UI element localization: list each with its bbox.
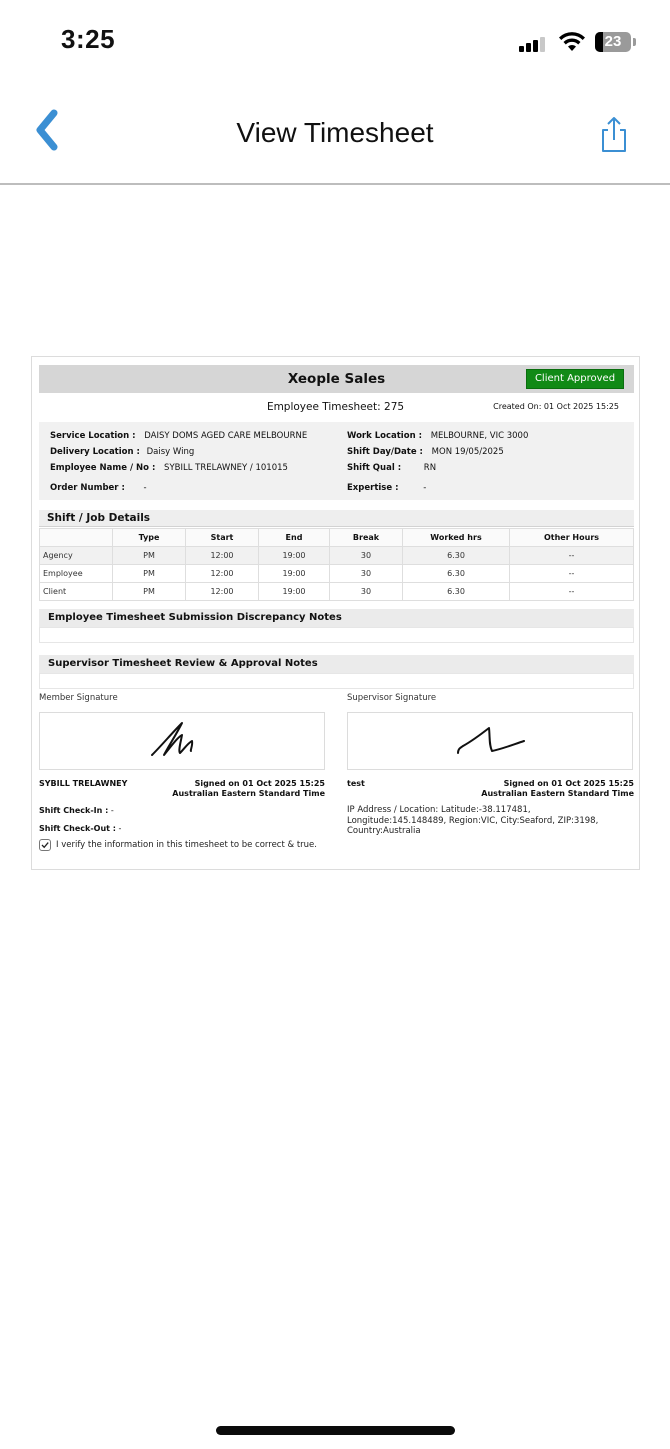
table-row: Employee PM 12:00 19:00 30 6.30 -- xyxy=(40,565,634,583)
shift-info-panel: Service Location : DAISY DOMS AGED CARE … xyxy=(39,422,634,500)
info-order-number: Order Number : - xyxy=(50,483,147,493)
review-notes-body xyxy=(39,673,634,689)
member-signature-name: SYBILL TRELAWNEY xyxy=(39,779,127,788)
battery-percent: 23 xyxy=(595,33,631,50)
info-shift-date: Shift Day/Date : MON 19/05/2025 xyxy=(347,447,504,457)
shift-table: Type Start End Break Worked hrs Other Ho… xyxy=(39,528,634,601)
table-row: Agency PM 12:00 19:00 30 6.30 -- xyxy=(40,547,634,565)
battery-tip xyxy=(633,38,636,46)
supervisor-signature-box xyxy=(347,712,633,770)
table-row: Client PM 12:00 19:00 30 6.30 -- xyxy=(40,583,634,601)
member-signature-label: Member Signature xyxy=(39,693,118,703)
info-employee-name: Employee Name / No : SYBILL TRELAWNEY / … xyxy=(50,463,288,473)
supervisor-signed-on: Signed on 01 Oct 2025 15:25 Australian E… xyxy=(481,779,634,799)
member-signed-on: Signed on 01 Oct 2025 15:25 Australian E… xyxy=(172,779,325,799)
discrepancy-notes-title: Employee Timesheet Submission Discrepanc… xyxy=(39,609,634,627)
home-indicator[interactable] xyxy=(216,1426,455,1435)
shift-check-in: Shift Check-In : - xyxy=(39,806,114,815)
member-signature-box xyxy=(39,712,325,770)
battery-icon: 23 xyxy=(595,32,631,52)
supervisor-signature-label: Supervisor Signature xyxy=(347,693,436,703)
review-notes-title: Supervisor Timesheet Review & Approval N… xyxy=(39,655,634,673)
supervisor-signature-image xyxy=(348,713,632,769)
supervisor-signature-name: test xyxy=(347,779,365,788)
timesheet-header: Xeople Sales Client Approved xyxy=(39,365,634,393)
wifi-icon xyxy=(558,31,586,53)
member-signature-image xyxy=(40,713,324,769)
status-time: 3:25 xyxy=(61,24,115,55)
status-badge: Client Approved xyxy=(526,369,624,389)
nav-bar: View Timesheet xyxy=(0,95,670,185)
info-expertise: Expertise : - xyxy=(347,483,426,493)
ip-location: IP Address / Location: Latitude:-38.1174… xyxy=(347,805,617,837)
info-delivery-location: Delivery Location : Daisy Wing xyxy=(50,447,194,457)
shift-table-header: Type Start End Break Worked hrs Other Ho… xyxy=(40,529,634,547)
shift-section-title: Shift / Job Details xyxy=(39,510,634,527)
share-icon xyxy=(598,115,630,155)
verify-checkbox[interactable] xyxy=(39,839,51,851)
status-bar: 3:25 23 xyxy=(0,0,670,80)
info-shift-qual: Shift Qual : RN xyxy=(347,463,436,473)
info-service-location: Service Location : DAISY DOMS AGED CARE … xyxy=(50,431,307,441)
discrepancy-notes-body xyxy=(39,627,634,643)
page-title: View Timesheet xyxy=(0,117,670,149)
info-work-location: Work Location : MELBOURNE, VIC 3000 xyxy=(347,431,528,441)
verify-text: I verify the information in this timeshe… xyxy=(56,840,317,850)
verify-row: I verify the information in this timeshe… xyxy=(39,839,317,851)
share-button[interactable] xyxy=(598,115,630,155)
cellular-signal-icon xyxy=(519,36,549,52)
created-on: Created On: 01 Oct 2025 15:25 xyxy=(493,402,619,411)
timesheet-document: Xeople Sales Client Approved Employee Ti… xyxy=(31,356,640,870)
checkmark-icon xyxy=(40,840,50,850)
shift-check-out: Shift Check-Out : - xyxy=(39,824,121,833)
